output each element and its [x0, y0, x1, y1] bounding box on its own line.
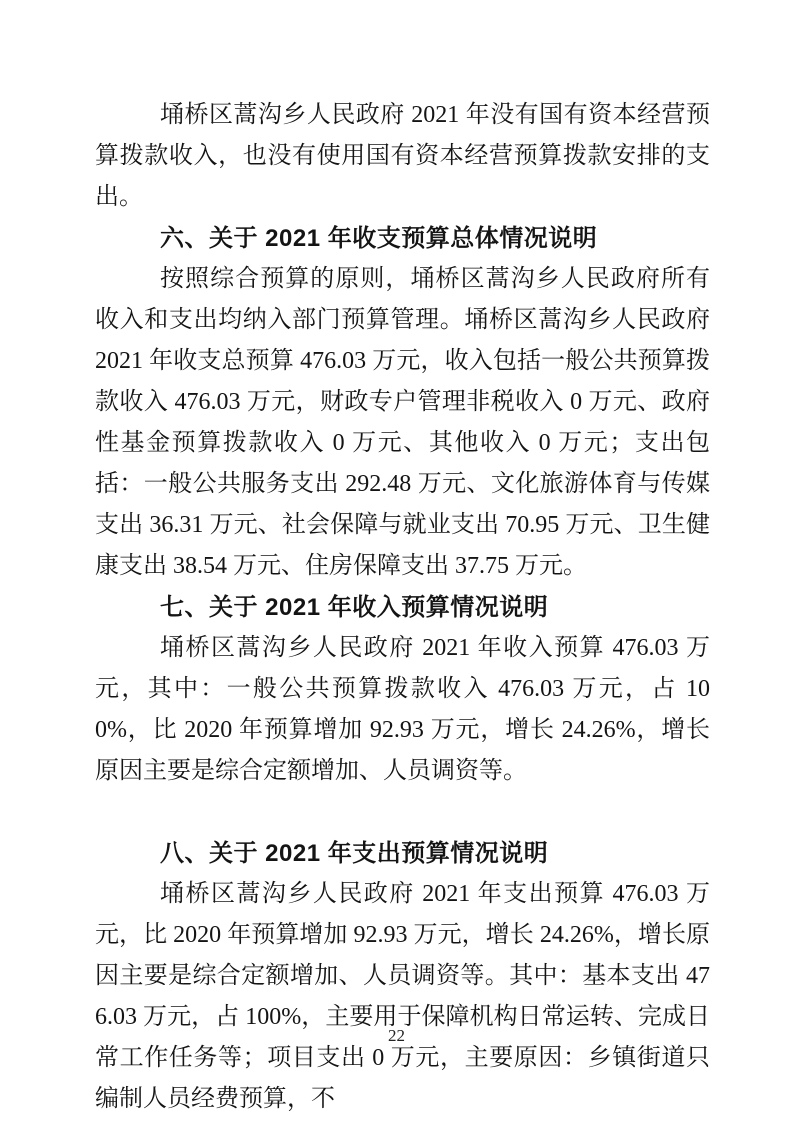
page-number: 22	[0, 1026, 793, 1046]
document-page: 埇桥区蒿沟乡人民政府 2021 年没有国有资本经营预算拨款收入，也没有使用国有资…	[0, 0, 793, 1122]
body-paragraph: 埇桥区蒿沟乡人民政府 2021 年收入预算 476.03 万元，其中：一般公共预…	[95, 628, 710, 792]
section-heading: 六、关于 2021 年收支预算总体情况说明	[95, 218, 710, 259]
body-paragraph: 埇桥区蒿沟乡人民政府 2021 年支出预算 476.03 万元，比 2020 年…	[95, 874, 710, 1120]
body-paragraph: 按照综合预算的原则，埇桥区蒿沟乡人民政府所有收入和支出均纳入部门预算管理。埇桥区…	[95, 259, 710, 587]
section-heading: 七、关于 2021 年收入预算情况说明	[95, 587, 710, 628]
document-body: 埇桥区蒿沟乡人民政府 2021 年没有国有资本经营预算拨款收入，也没有使用国有资…	[95, 95, 710, 1120]
section-heading: 八、关于 2021 年支出预算情况说明	[95, 833, 710, 874]
body-paragraph: 埇桥区蒿沟乡人民政府 2021 年没有国有资本经营预算拨款收入，也没有使用国有资…	[95, 95, 710, 218]
